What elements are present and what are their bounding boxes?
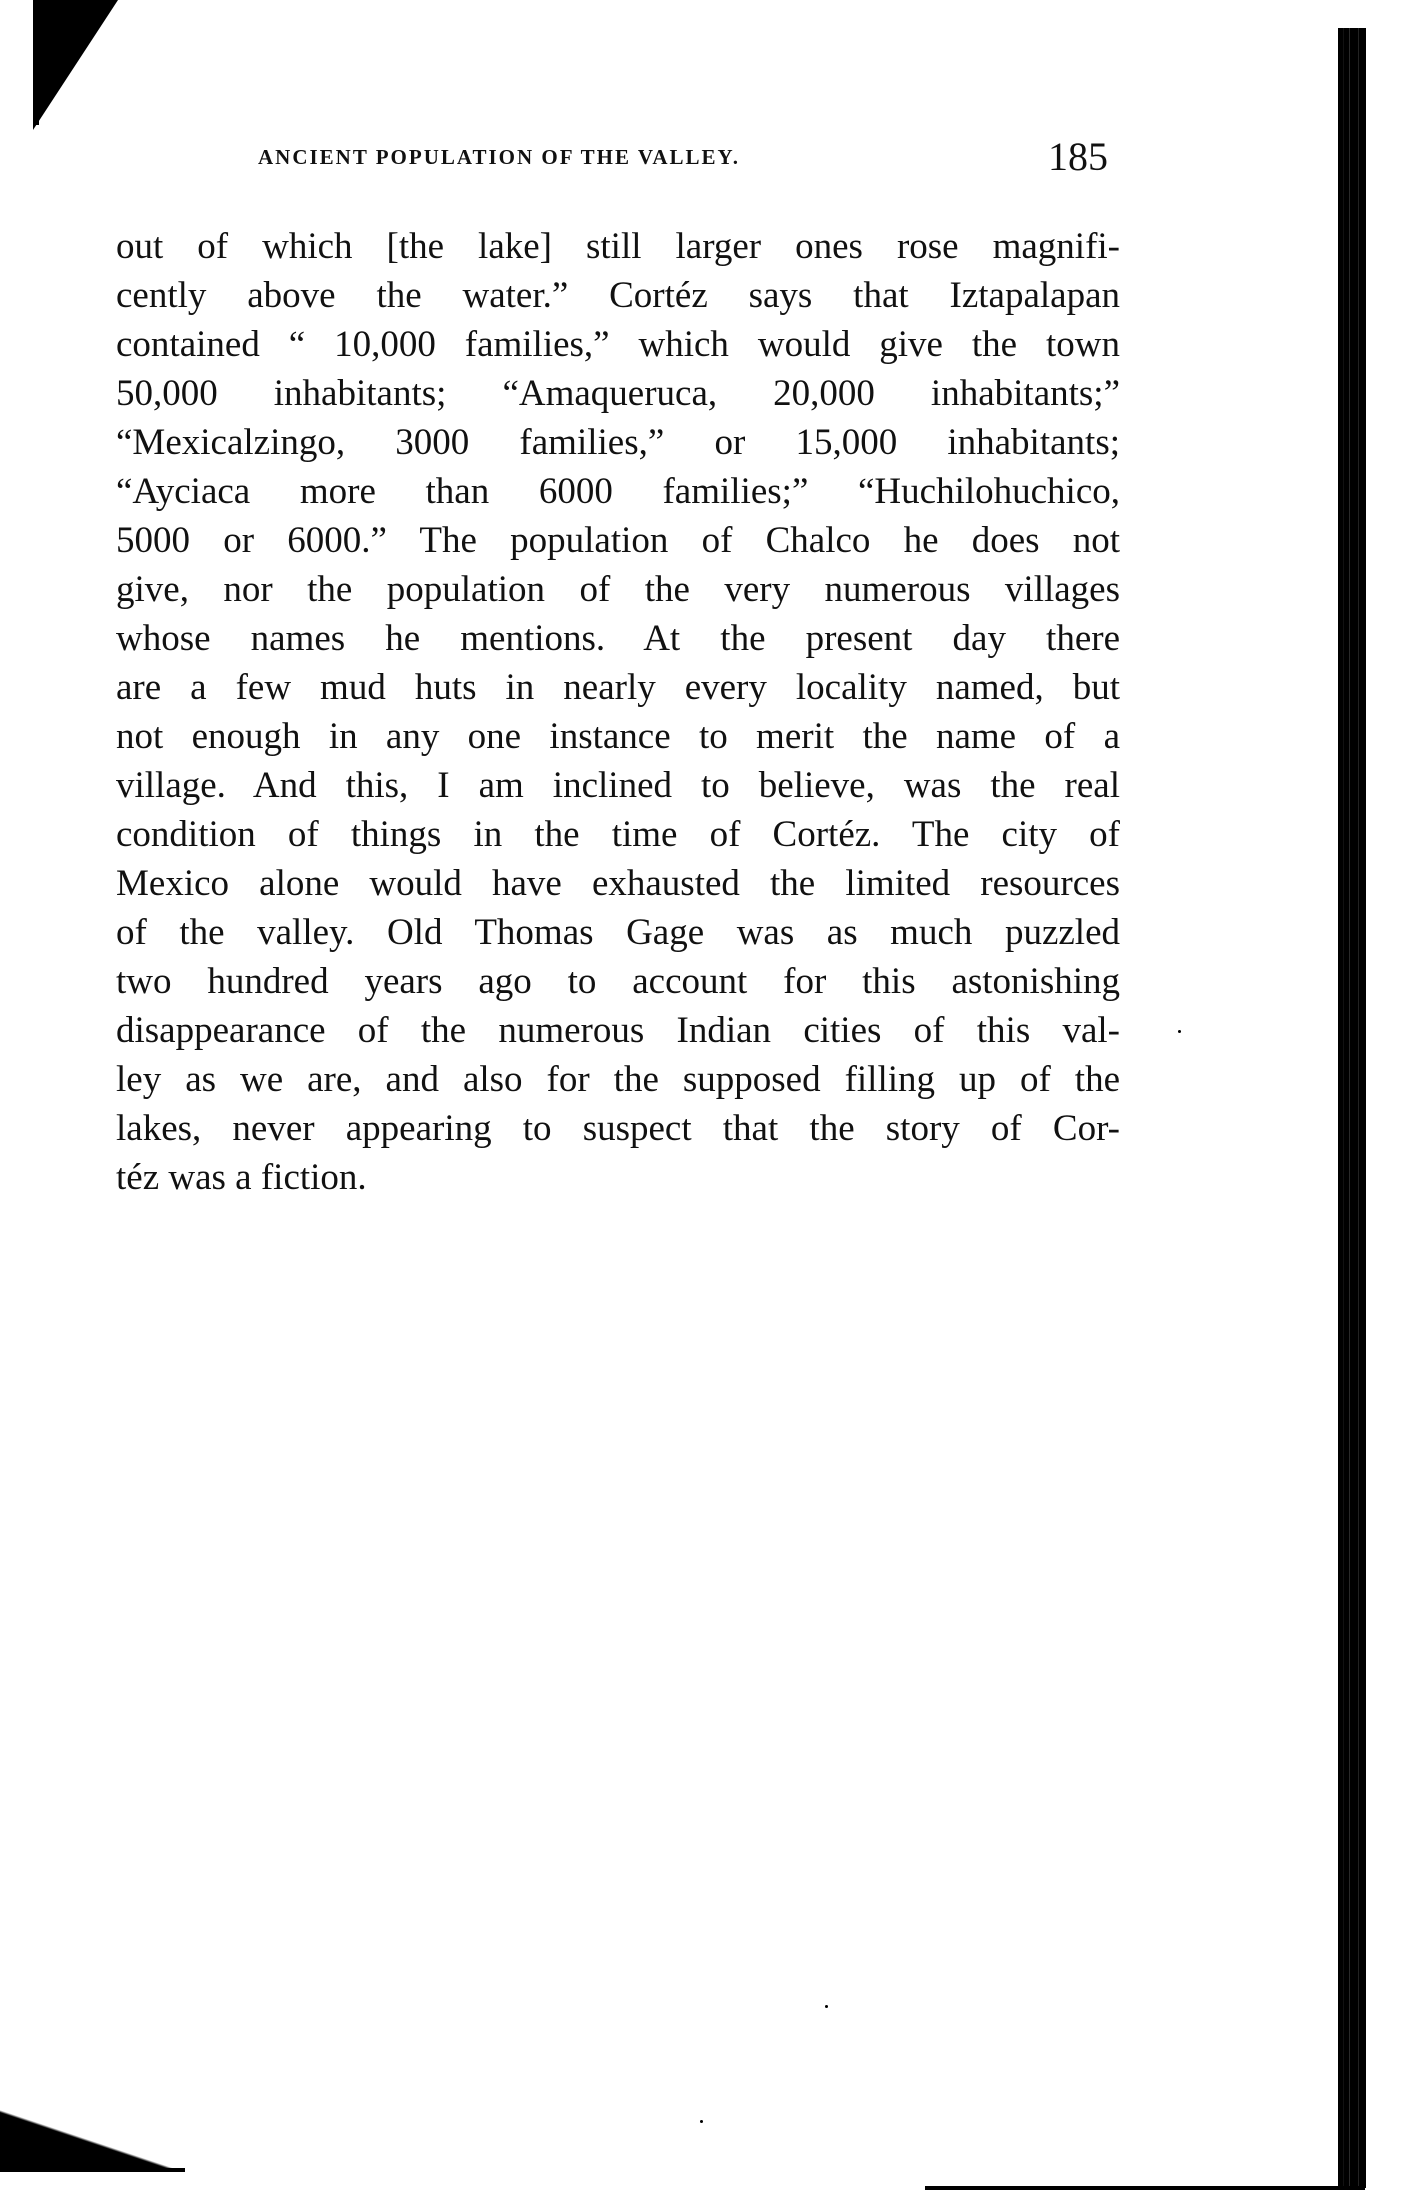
- text-line: condition of things in the time of Corté…: [116, 810, 1120, 859]
- scanned-book-page: ANCIENT POPULATION OF THE VALLEY. 185 ou…: [0, 0, 1404, 2197]
- text-line: of the valley. Old Thomas Gage was as mu…: [116, 908, 1120, 957]
- text-line: give, nor the population of the very num…: [116, 565, 1120, 614]
- scan-corner-shadow: [33, 0, 118, 130]
- scan-speck: [700, 2120, 703, 2123]
- page-number: 185: [1048, 133, 1108, 180]
- scan-corner-edge: [33, 0, 39, 125]
- text-line: téz was a fiction.: [116, 1153, 1120, 1202]
- text-line: disappearance of the numerous Indian cit…: [116, 1006, 1120, 1055]
- book-spine-shadow: [1338, 28, 1366, 2188]
- scan-speck: [825, 2005, 828, 2008]
- running-head: ANCIENT POPULATION OF THE VALLEY.: [258, 145, 740, 170]
- text-line: whose names he mentions. At the present …: [116, 614, 1120, 663]
- scan-speck: [1178, 1030, 1181, 1033]
- text-line: lakes, never appearing to suspect that t…: [116, 1104, 1120, 1153]
- text-line: two hundred years ago to account for thi…: [116, 957, 1120, 1006]
- text-line: cently above the water.” Cortéz says tha…: [116, 271, 1120, 320]
- text-line: 5000 or 6000.” The population of Chalco …: [116, 516, 1120, 565]
- text-line: Mexico alone would have exhausted the li…: [116, 859, 1120, 908]
- text-line: “Ayciaca more than 6000 families;” “Huch…: [116, 467, 1120, 516]
- text-line: 50,000 inhabitants; “Amaqueruca, 20,000 …: [116, 369, 1120, 418]
- bottom-page-edge: [925, 2186, 1365, 2190]
- bottom-left-scan-shadow: [0, 2110, 185, 2172]
- text-line: contained “ 10,000 families,” which woul…: [116, 320, 1120, 369]
- text-line: “Mexicalzingo, 3000 families,” or 15,000…: [116, 418, 1120, 467]
- body-paragraph: out of which [the lake] still larger one…: [116, 222, 1120, 1202]
- text-line: out of which [the lake] still larger one…: [116, 222, 1120, 271]
- text-line: are a few mud huts in nearly every local…: [116, 663, 1120, 712]
- bottom-left-scan-edge: [0, 2168, 185, 2172]
- text-line: ley as we are, and also for the supposed…: [116, 1055, 1120, 1104]
- text-line: village. And this, I am inclined to beli…: [116, 761, 1120, 810]
- text-line: not enough in any one instance to merit …: [116, 712, 1120, 761]
